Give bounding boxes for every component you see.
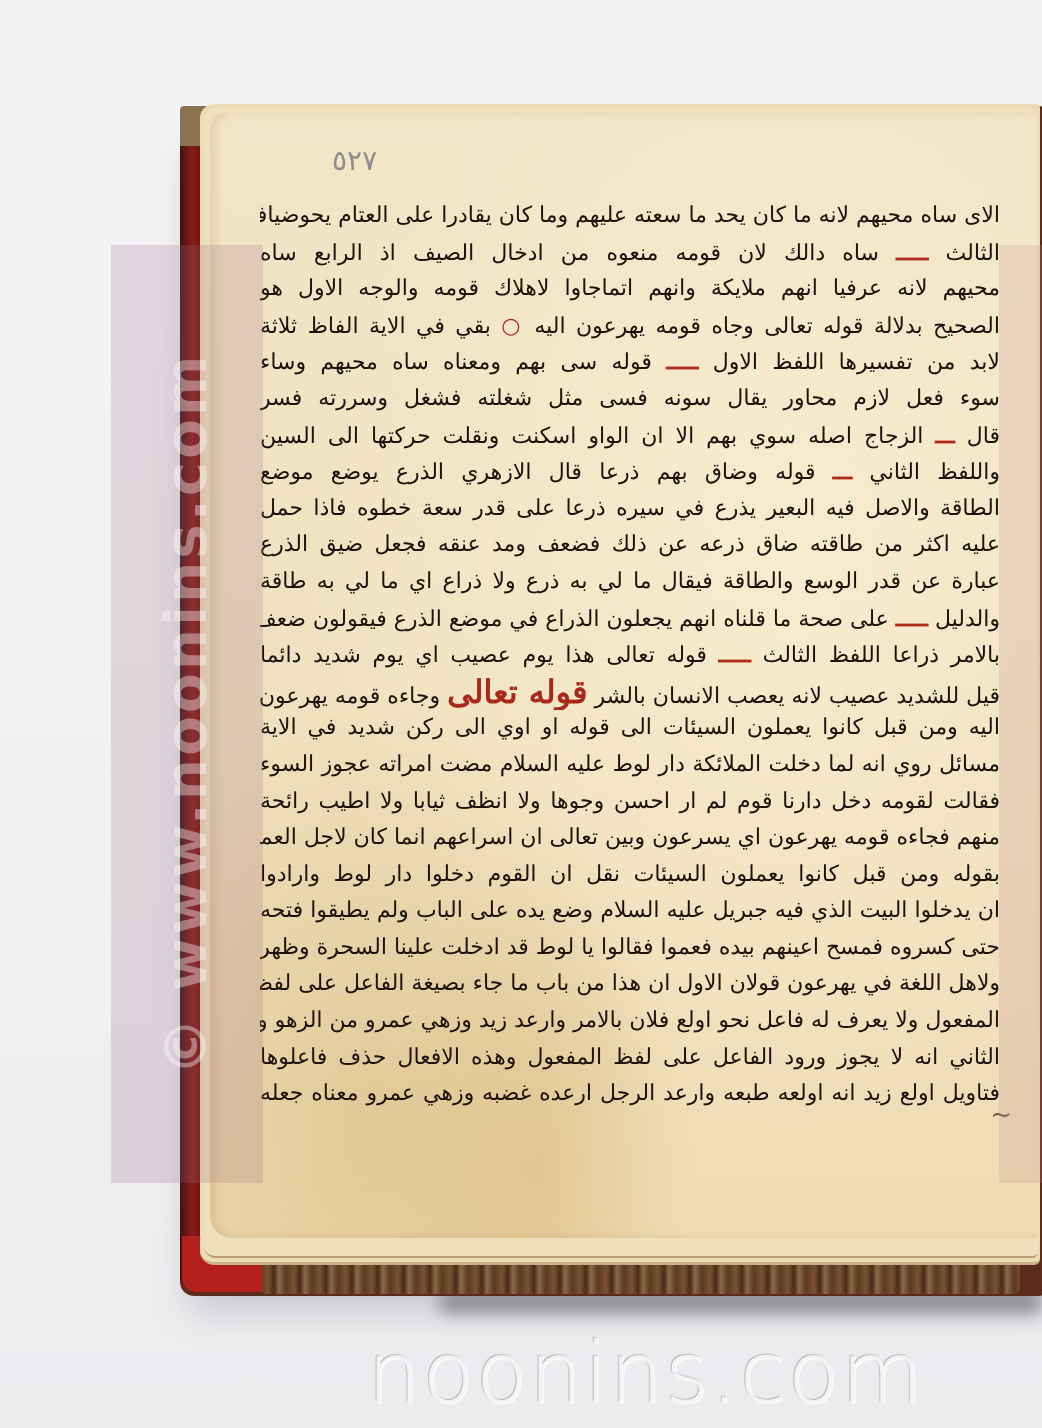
rubric-overline: ـــ bbox=[935, 423, 954, 449]
line-text: الطاقة والاصل فيه البعير يذرع في سيره ذر… bbox=[260, 496, 1000, 521]
line-text: بقي في الاية الفاظ ثلاثة bbox=[260, 314, 491, 339]
rubric-overline: ـــ bbox=[833, 459, 852, 485]
rubric-heading: قوله تعالى bbox=[447, 674, 587, 711]
line-text: الاى ساه محيهم لانه ما كان يحد ما سعته ع… bbox=[260, 203, 1000, 228]
text-line: اليه ومن قبل كانوا يعملون السيئات الى قو… bbox=[260, 710, 1000, 747]
text-line: حتى كسروه فمسح اعينهم بيده فعموا فقالوا … bbox=[260, 930, 1000, 967]
rubric-overline: ـــــ bbox=[896, 606, 928, 632]
text-line: الاى ساه محيهم لانه ما كان يحد ما سعته ع… bbox=[260, 198, 1000, 235]
text-line: فتاويل اولع زيد انه اولعه طبعه وارعد الر… bbox=[260, 1076, 1000, 1113]
manuscript-photo: ٥٢٧ الاى ساه محيهم لانه ما كان يحد ما سع… bbox=[0, 0, 1042, 1428]
rubric-overline: ـــــ bbox=[896, 240, 928, 266]
line-text: مسائل روي انه لما دخلت الملائكة دار لوط … bbox=[260, 752, 1000, 777]
text-line: بقوله ومن قبل كانوا يعملون السيئات نقل ا… bbox=[260, 857, 1000, 894]
text-line: المفعول ولا يعرف له فاعل نحو اولع فلان ب… bbox=[260, 1003, 1000, 1040]
text-line: قيل للشديد عصيب لانه يعصب الانسان بالشر … bbox=[260, 674, 1000, 711]
line-text: بالامر ذراعا اللفظ الثالث bbox=[763, 643, 1000, 668]
text-line: سوء فعل لازم محاور يقال سونه فسى مثل شغل… bbox=[260, 381, 1000, 418]
line-text: واللفظ الثاني bbox=[869, 460, 1000, 485]
line-text: ساه دالك لان قومه منعوه من ادخال الصيف ا… bbox=[260, 241, 879, 266]
text-line: الثاني انه لا يجوز ورود الفاعل على لفظ ا… bbox=[260, 1040, 1000, 1077]
text-line: الطاقة والاصل فيه البعير يذرع في سيره ذر… bbox=[260, 491, 1000, 528]
line-text: الصحيح بدلالة قوله تعالى وجاه قومه يهرعو… bbox=[534, 314, 1000, 339]
text-block: الاى ساه محيهم لانه ما كان يحد ما سعته ع… bbox=[260, 198, 1000, 1113]
manuscript-page: ٥٢٧ الاى ساه محيهم لانه ما كان يحد ما سع… bbox=[210, 112, 1038, 1238]
line-text: والدليل bbox=[935, 607, 1000, 632]
line-text: الزجاج اصله سوي بهم الا ان الواو اسكنت و… bbox=[260, 424, 923, 449]
text-line: لابد من تفسيرها اللفظ الاول ـــــ قوله س… bbox=[260, 344, 1000, 381]
watermark-band-right bbox=[999, 245, 1042, 1183]
text-line: الصحيح بدلالة قوله تعالى وجاه قومه يهرعو… bbox=[260, 308, 1000, 345]
line-text: قيل للشديد عصيب لانه يعصب الانسان بالشر bbox=[595, 684, 1001, 709]
folio-number: ٥٢٧ bbox=[332, 144, 377, 177]
line-text: الثالث bbox=[946, 241, 1000, 266]
line-text: عبارة عن قدر الوسع والطاقة فيقال ما لي ب… bbox=[260, 569, 1000, 594]
line-text: ان يدخلوا البيت الذي فيه جبريل عليه السل… bbox=[260, 898, 1000, 923]
line-text: عليه اكثر من طاقته ضاق ذرعه عن ذلك فضعف … bbox=[260, 532, 1000, 557]
text-line: والدليل ـــــ على صحة ما قلناه انهم يجعل… bbox=[260, 601, 1000, 638]
line-text: بقوله ومن قبل كانوا يعملون السيئات نقل ا… bbox=[260, 862, 1000, 887]
line-text: قال bbox=[967, 424, 1000, 449]
text-line: عليه اكثر من طاقته ضاق ذرعه عن ذلك فضعف … bbox=[260, 527, 1000, 564]
line-text: ولاهل اللغة في يهرعون قولان الاول ان هذا… bbox=[260, 971, 1000, 996]
text-line: عبارة عن قدر الوسع والطاقة فيقال ما لي ب… bbox=[260, 564, 1000, 601]
text-line: مسائل روي انه لما دخلت الملائكة دار لوط … bbox=[260, 747, 1000, 784]
text-line: بالامر ذراعا اللفظ الثالث ـــــ قوله تعا… bbox=[260, 637, 1000, 674]
line-text: فتاويل اولع زيد انه اولعه طبعه وارعد الر… bbox=[260, 1081, 1000, 1106]
text-line: ان يدخلوا البيت الذي فيه جبريل عليه السل… bbox=[260, 893, 1000, 930]
line-text: لابد من تفسيرها اللفظ الاول bbox=[713, 350, 1000, 375]
text-line: واللفظ الثاني ـــ قوله وضاق بهم ذرعا قال… bbox=[260, 454, 1000, 491]
text-line: قال ـــ الزجاج اصله سوي بهم الا ان الواو… bbox=[260, 418, 1000, 455]
text-line: ولاهل اللغة في يهرعون قولان الاول ان هذا… bbox=[260, 966, 1000, 1003]
line-text: حتى كسروه فمسح اعينهم بيده فعموا فقالوا … bbox=[260, 935, 1000, 960]
rubric-overline: ـــــ bbox=[719, 642, 751, 668]
line-text: قوله وضاق بهم ذرعا قال الازهري الذرع يوض… bbox=[260, 460, 816, 485]
text-line: منهم فجاءه قومه يهرعون اي يسرعون وبين تع… bbox=[260, 820, 1000, 857]
line-text: قوله سى بهم ومعناه ساه محيهم وساء bbox=[260, 350, 652, 375]
watermark-bottom: noonins.com bbox=[336, 1328, 956, 1418]
line-text: على صحة ما قلناه انهم يجعلون الذراع في م… bbox=[260, 607, 889, 632]
line-text: محيهم لانه عرفيا انهم ملايكة وانهم اتماج… bbox=[260, 276, 1000, 301]
line-text: الثاني انه لا يجوز ورود الفاعل على لفظ ا… bbox=[260, 1045, 1000, 1070]
text-line: محيهم لانه عرفيا انهم ملايكة وانهم اتماج… bbox=[260, 271, 1000, 308]
watermark-vertical: © www.noonins.com bbox=[152, 353, 220, 1076]
rubric-overline: ـــــ bbox=[666, 349, 698, 375]
line-text: اليه ومن قبل كانوا يعملون السيئات الى قو… bbox=[260, 715, 1000, 740]
line-text: قوله تعالى هذا يوم عصيب اي يوم شديد دائم… bbox=[260, 643, 707, 668]
verse-end-marker: ○ bbox=[501, 313, 524, 339]
line-text: منهم فجاءه قومه يهرعون اي يسرعون وبين تع… bbox=[260, 825, 1000, 850]
text-line: فقالت لقومه دخل دارنا قوم لم ار احسن وجو… bbox=[260, 784, 1000, 821]
text-line: الثالث ـــــ ساه دالك لان قومه منعوه من … bbox=[260, 235, 1000, 272]
line-text: سوء فعل لازم محاور يقال سونه فسى مثل شغل… bbox=[260, 386, 1000, 411]
line-text: فقالت لقومه دخل دارنا قوم لم ار احسن وجو… bbox=[260, 789, 1000, 814]
line-text: وجاءه قومه يهرعون bbox=[260, 684, 440, 709]
line-text: المفعول ولا يعرف له فاعل نحو اولع فلان ب… bbox=[260, 1008, 1000, 1033]
